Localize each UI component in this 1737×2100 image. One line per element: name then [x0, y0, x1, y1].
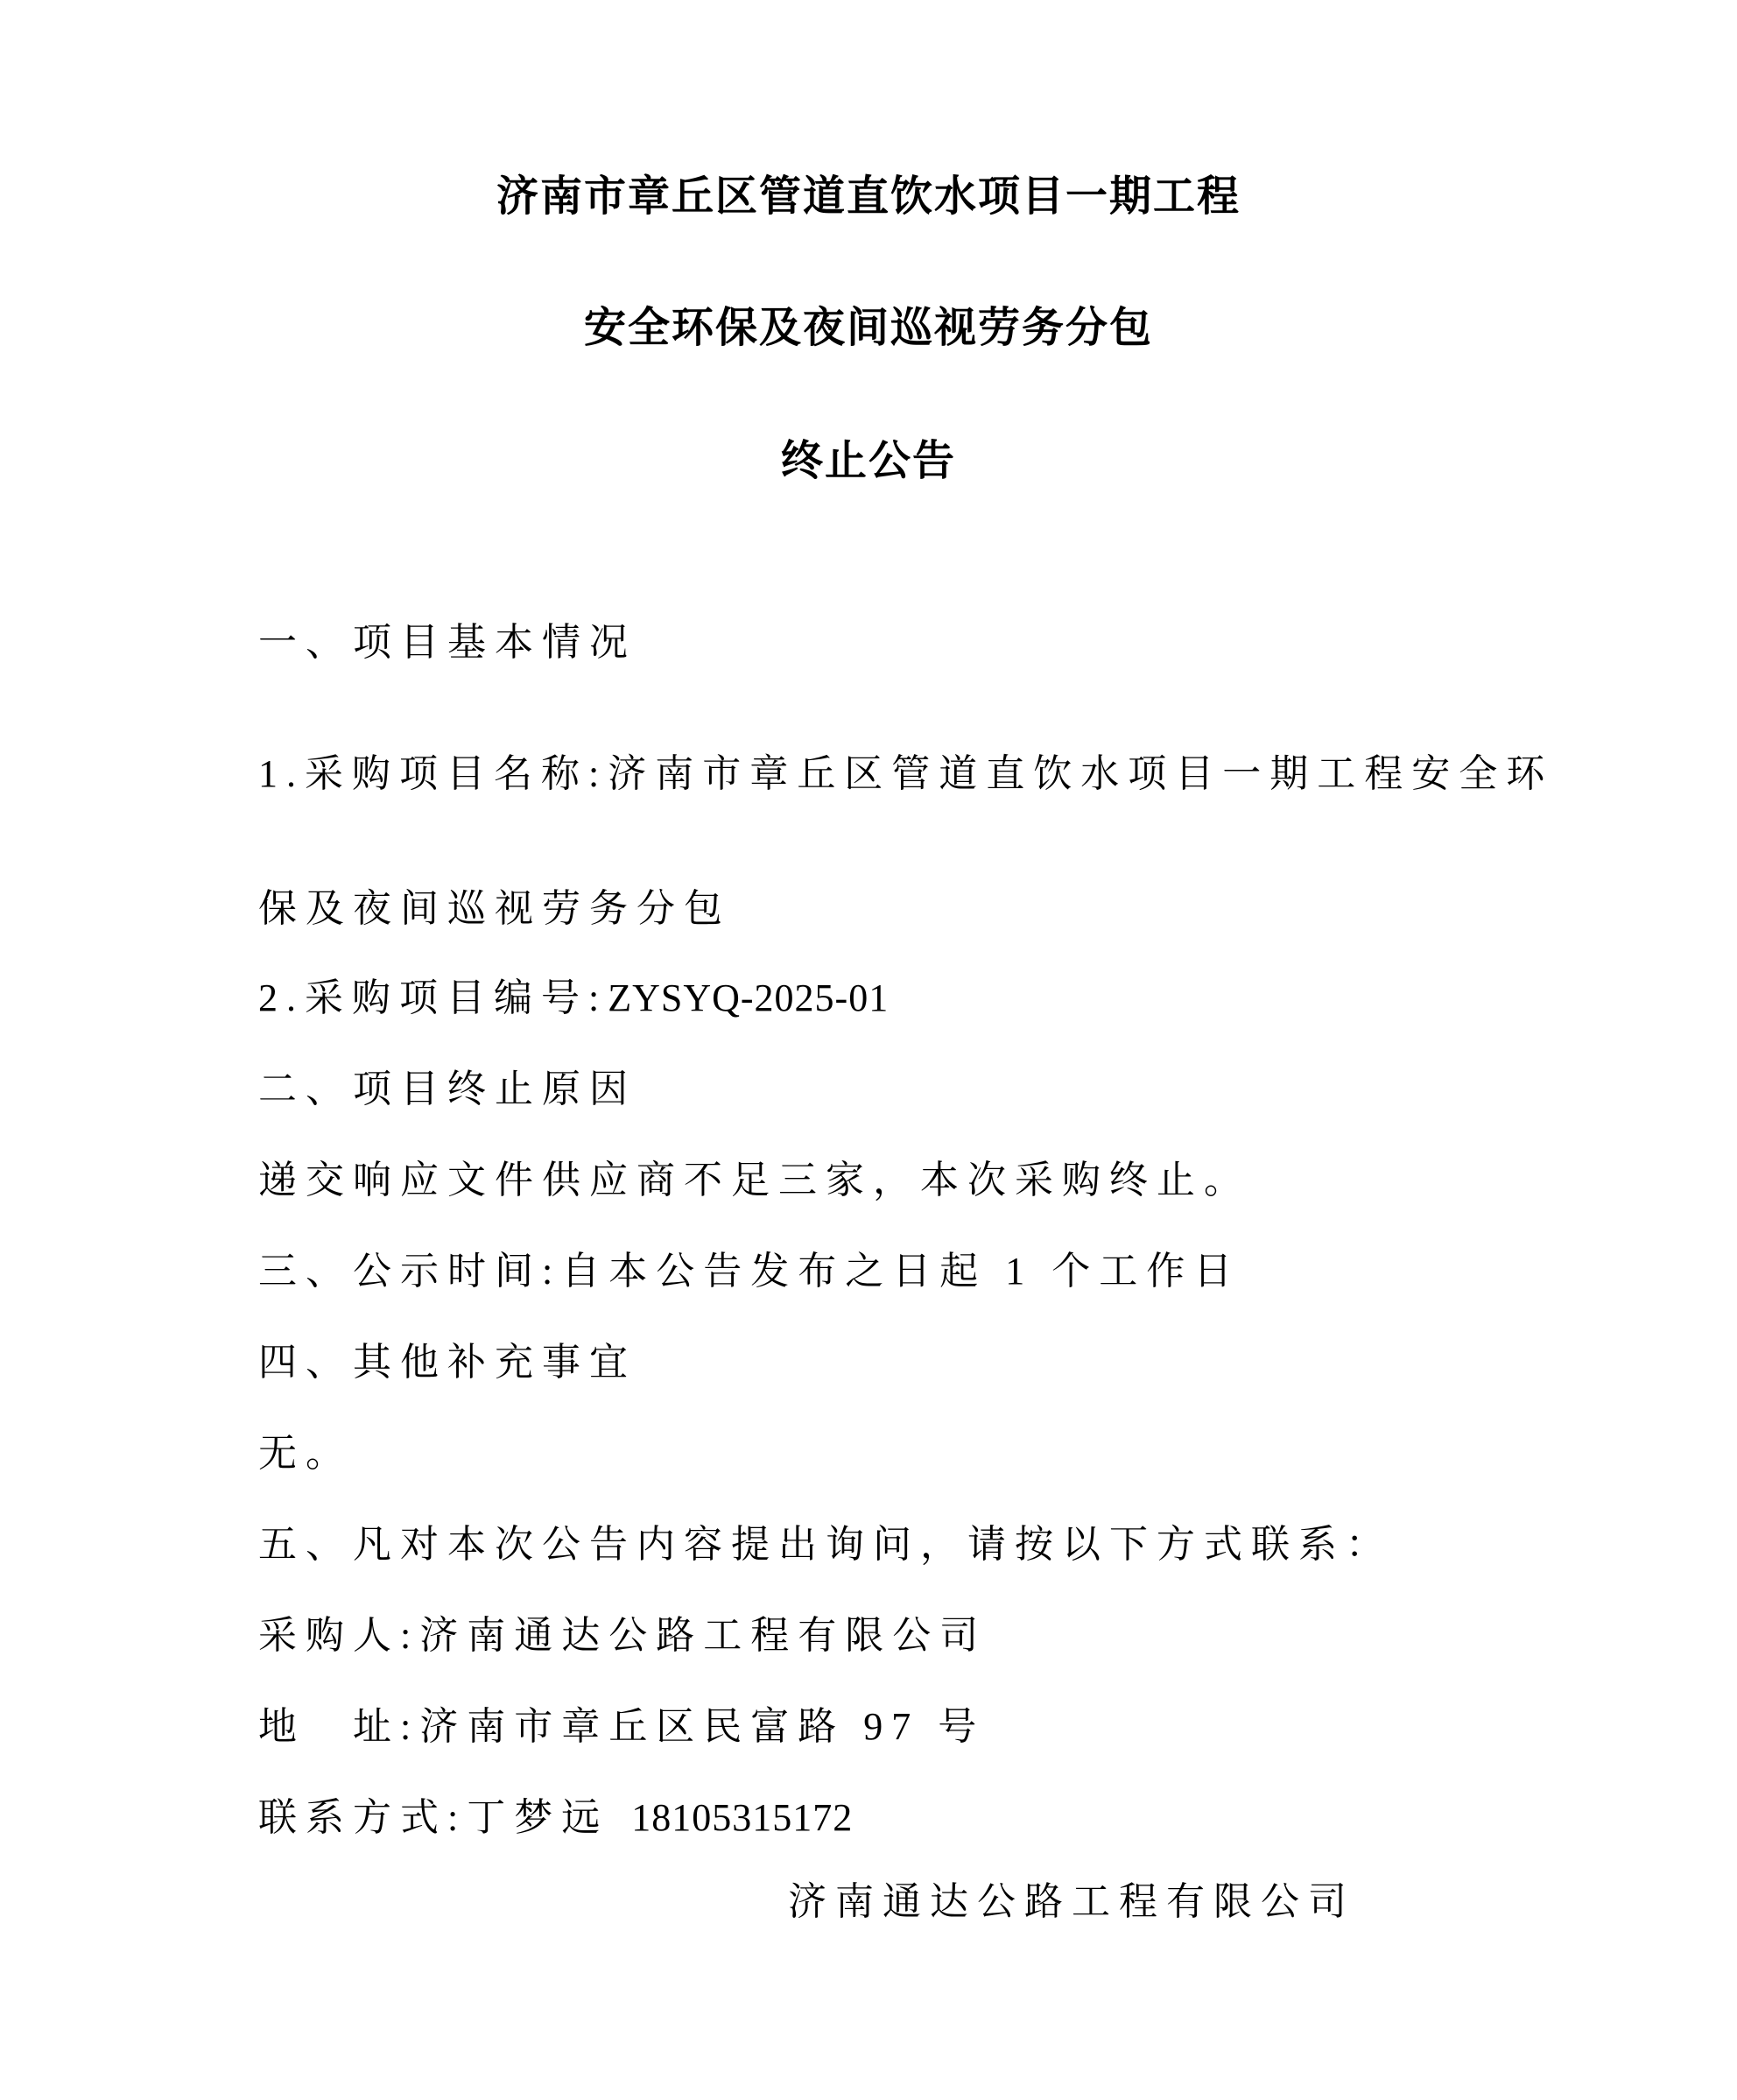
contact-address-line: 地 址:济南市章丘区民富路 97 号	[258, 1681, 1562, 1772]
contact-phone-line: 联系方式:丁梦远18105315172	[258, 1772, 1562, 1864]
section-3-heading: 三、公示时间:自本公告发布之日起 1 个工作日	[258, 1226, 1562, 1317]
para-project-name-line-2: 保及夜间巡视劳务分包	[258, 863, 1562, 955]
section-4-heading: 四、其他补充事宜	[258, 1317, 1562, 1408]
section-2-heading: 二、项目终止原因	[258, 1044, 1562, 1135]
section-1-heading: 一、项目基本情况	[258, 597, 1562, 688]
section-5-heading: 五、凡对本次公告内容提出询问，请按以下方式联系：	[258, 1499, 1562, 1590]
project-number-label: 2.采购项目编号:	[258, 976, 608, 1019]
doc-title-line-1: 济南市章丘区管道直饮水项目一期工程	[0, 152, 1737, 243]
section-2-reason-text: 递交响应文件供应商不足三家，本次采购终止。	[258, 1135, 1562, 1226]
document-page: 济南市章丘区管道直饮水项目一期工程 安全环保及夜间巡视劳务分包 终止公告 一、项…	[0, 0, 1737, 2100]
signature-company-line: 济南通达公路工程有限公司	[788, 1857, 1355, 1948]
project-number-value: ZYSYQ-2025-01	[608, 976, 889, 1019]
contact-phone-number: 18105315172	[631, 1796, 853, 1839]
para-project-name-line-1: 1.采购项目名称:济南市章丘区管道直饮水项目一期工程安全环	[258, 729, 1562, 820]
section-4-text: 无。	[258, 1408, 1562, 1499]
para-project-number: 2.采购项目编号:ZYSYQ-2025-01	[258, 953, 1562, 1044]
doc-title-line-3: 终止公告	[0, 416, 1737, 507]
contact-phone-label: 联系方式:丁梦远	[258, 1796, 608, 1839]
doc-title-line-2: 安全环保及夜间巡视劳务分包	[0, 283, 1737, 374]
contact-buyer-line: 采购人:济南通达公路工程有限公司	[258, 1590, 1562, 1681]
